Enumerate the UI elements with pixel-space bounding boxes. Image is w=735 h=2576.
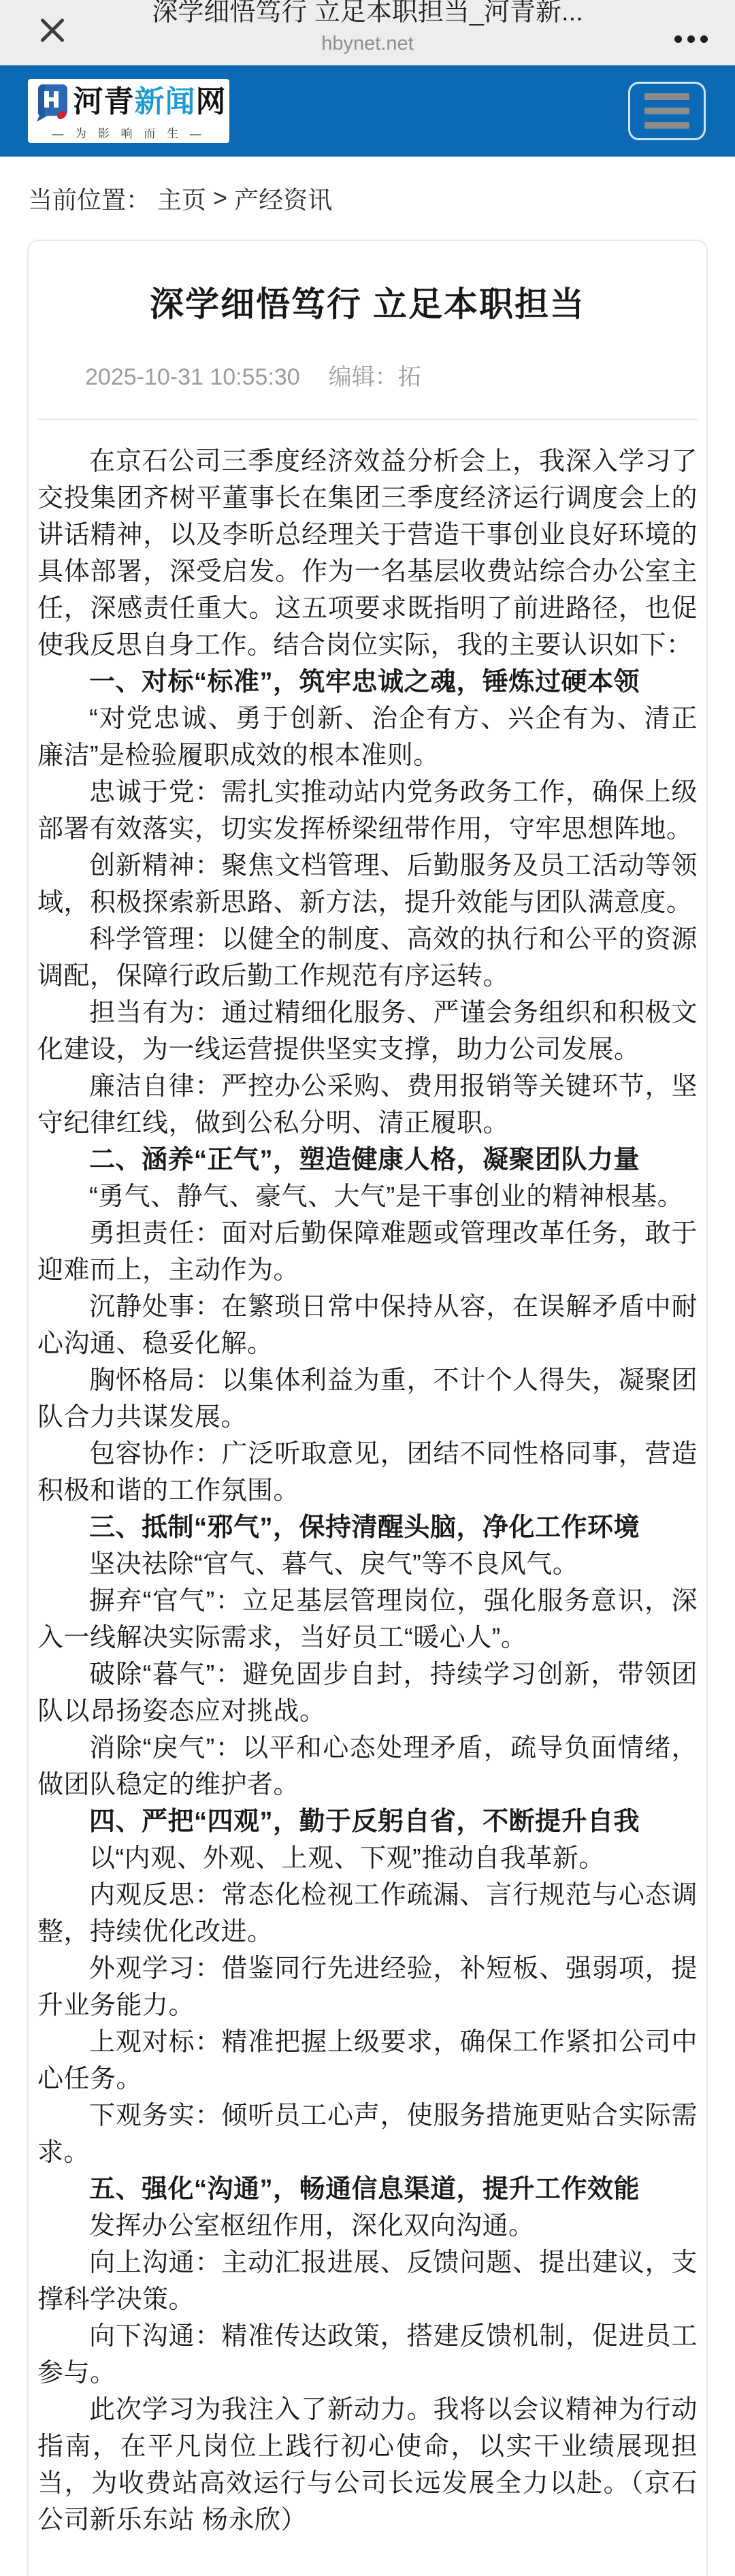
site-logo-icon <box>31 82 71 123</box>
section-heading: 一、对标“标准”，筑牢忠诚之魂，锤炼过硬本领 <box>37 664 698 701</box>
article-paragraph: 内观反思：常态化检视工作疏漏、言行规范与心态调整，持续优化改进。 <box>37 1877 698 1950</box>
browser-chrome-bar: 深学细悟笃行 立足本职担当_河青新... hbynet.net <box>0 0 735 65</box>
hamburger-menu-button[interactable] <box>628 82 706 140</box>
section-heading: 三、抵制“邪气”，保持清醒头脑，净化工作环境 <box>37 1509 698 1546</box>
logo-text: 河青新闻网 <box>73 86 227 118</box>
logo-text-part1: 河青 <box>73 85 135 118</box>
logo-text-part2: 新闻 <box>135 85 196 118</box>
browser-page-title: 深学细悟笃行 立足本职担当_河青新... <box>95 0 640 29</box>
article-editor: 编辑：拓 <box>329 364 421 390</box>
breadcrumb-home-link[interactable]: 主页 <box>157 181 206 216</box>
article-paragraph: 向上沟通：主动汇报进展、反馈问题、提出建议，支撑科学决策。 <box>37 2244 698 2318</box>
article-paragraph: 向下沟通：精准传达政策，搭建反馈机制，促进员工参与。 <box>37 2318 698 2392</box>
article-paragraph: 勇担责任：面对后勤保障难题或管理改革任务，敢于迎难而上，主动作为。 <box>37 1215 698 1289</box>
article-body: 在京石公司三季度经济效益分析会上，我深入学习了交投集团齐树平董事长在集团三季度经… <box>37 420 698 2539</box>
article-paragraph: “对党忠诚、勇于创新、治企有方、兴企有为、清正廉洁”是检验履职成效的根本准则。 <box>37 701 698 774</box>
site-logo[interactable]: 河青新闻网 — 为 影 响 而 生 — <box>28 79 229 143</box>
article-paragraph: 下观务实：倾听员工心声，使服务措施更贴合实际需求。 <box>37 2097 698 2171</box>
browser-url: hbynet.net <box>0 33 735 55</box>
article-paragraph: 破除“暮气”：避免固步自封，持续学习创新，带领团队以昂扬姿态应对挑战。 <box>37 1656 698 1730</box>
logo-text-part3: 网 <box>196 85 227 118</box>
article-paragraph: 科学管理：以健全的制度、高效的执行和公平的资源调配，保障行政后勤工作规范有序运转… <box>37 921 698 995</box>
article-card: 深学细悟笃行 立足本职担当 2025-10-31 10:55:30编辑：拓 在京… <box>27 240 708 2576</box>
article-paragraph: 消除“戾气”：以平和心态处理矛盾，疏导负面情绪，做团队稳定的维护者。 <box>37 1730 698 1803</box>
article-paragraph: 创新精神：聚焦文档管理、后勤服务及员工活动等领域，积极探索新思路、新方法，提升效… <box>37 848 698 921</box>
breadcrumb-label: 当前位置： <box>28 181 150 216</box>
article-paragraph: 发挥办公室枢纽作用，深化双向沟通。 <box>37 2208 698 2244</box>
article-paragraph: 沉静处事：在繁琐日常中保持从容，在误解矛盾中耐心沟通、稳妥化解。 <box>37 1289 698 1362</box>
article-title: 深学细悟笃行 立足本职担当 <box>37 285 698 324</box>
article-paragraph: 廉洁自律：严控办公采购、费用报销等关键环节，坚守纪律红线，做到公私分明、清正履职… <box>37 1068 698 1142</box>
article-paragraph: 上观对标：精准把握上级要求，确保工作紧扣公司中心任务。 <box>37 2024 698 2097</box>
article-date: 2025-10-31 10:55:30 <box>85 364 300 390</box>
article-paragraph: 外观学习：借鉴同行先进经验，补短板、强弱项，提升业务能力。 <box>37 1950 698 2024</box>
breadcrumb: 当前位置： 主页 > 产经资讯 <box>0 157 735 240</box>
article-meta: 2025-10-31 10:55:30编辑：拓 <box>37 362 698 392</box>
site-header: 河青新闻网 — 为 影 响 而 生 — <box>0 65 735 157</box>
article-paragraph: 忠诚于党：需扎实推动站内党务政务工作，确保上级部署有效落实，切实发挥桥梁纽带作用… <box>37 774 698 848</box>
article-paragraph: 此次学习为我注入了新动力。我将以会议精神为行动指南，在平凡岗位上践行初心使命，以… <box>37 2392 698 2539</box>
section-heading: 五、强化“沟通”，畅通信息渠道，提升工作效能 <box>37 2171 698 2208</box>
article-paragraph: 包容协作：广泛听取意见，团结不同性格同事，营造积极和谐的工作氛围。 <box>37 1436 698 1509</box>
article-paragraph: 在京石公司三季度经济效益分析会上，我深入学习了交投集团齐树平董事长在集团三季度经… <box>37 443 698 664</box>
article-paragraph: “勇气、静气、豪气、大气”是干事创业的精神根基。 <box>37 1178 698 1215</box>
breadcrumb-category-link[interactable]: 产经资讯 <box>234 181 332 216</box>
article-paragraph: 胸怀格局：以集体利益为重，不计个人得失，凝聚团队合力共谋发展。 <box>37 1362 698 1436</box>
logo-tagline: — 为 影 响 而 生 — <box>52 124 205 141</box>
logo-row: 河青新闻网 <box>31 82 227 123</box>
section-heading: 二、涵养“正气”，塑造健康人格，凝聚团队力量 <box>37 1142 698 1178</box>
section-heading: 四、严把“四观”，勤于反躬自省，不断提升自我 <box>37 1803 698 1840</box>
article-paragraph: 以“内观、外观、上观、下观”推动自我革新。 <box>37 1840 698 1877</box>
article-paragraph: 担当有为：通过精细化服务、严谨会务组织和积极文化建设，为一线运营提供坚实支撑，助… <box>37 995 698 1068</box>
article-paragraph: 坚决祛除“官气、暮气、戾气”等不良风气。 <box>37 1546 698 1583</box>
article-paragraph: 摒弃“官气”：立足基层管理岗位，强化服务意识，深入一线解决实际需求，当好员工“暖… <box>37 1583 698 1656</box>
breadcrumb-separator: > <box>213 184 227 212</box>
